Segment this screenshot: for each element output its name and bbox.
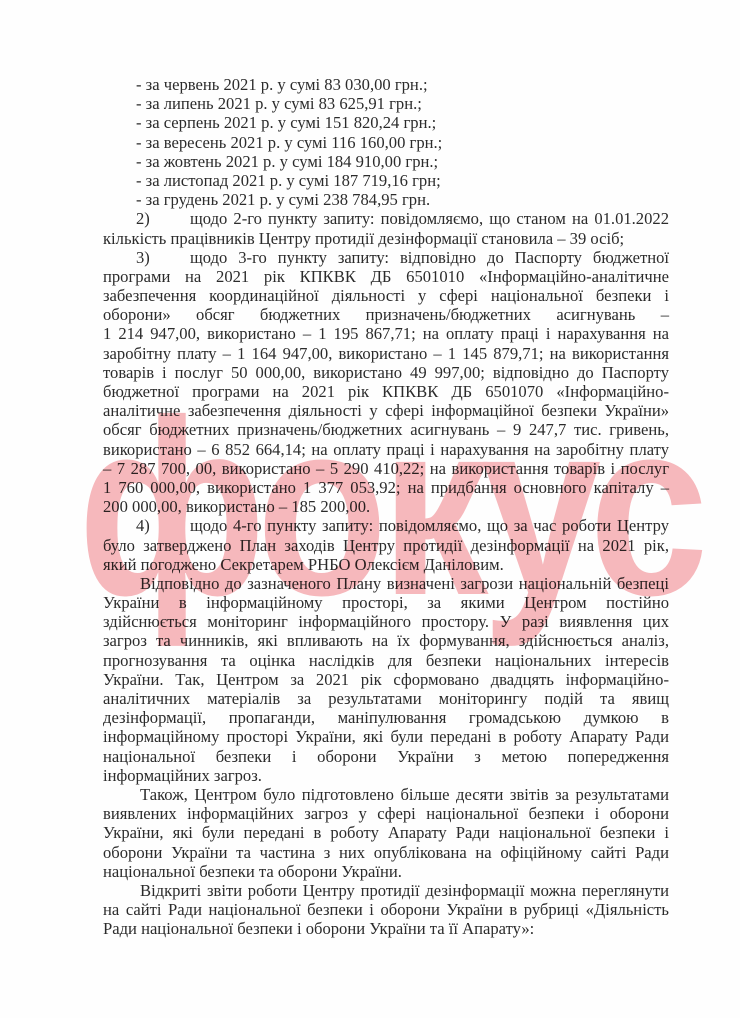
- paragraph-open-reports: Відкриті звіти роботи Центру протидії де…: [103, 881, 669, 939]
- paragraph-line: оборони України та частина з них опублік…: [103, 843, 669, 862]
- paragraph-line: України в інформаційному просторі, за як…: [103, 593, 669, 612]
- item-3: 3)щодо 3-го пункту запиту: відповідно до…: [103, 248, 669, 517]
- item-3-line: 1 214 947,00, використано – 1 195 867,71…: [103, 324, 669, 343]
- paragraph-line: Відкриті звіти роботи Центру протидії де…: [103, 881, 669, 900]
- item-4-first-line: 4)щодо 4-го пункту запиту: повідомляємо,…: [103, 516, 669, 535]
- item-3-number: 3): [136, 248, 190, 267]
- item-3-line: – 7 287 700, 00, використано – 5 290 410…: [103, 459, 669, 478]
- paragraph-line: інформаційному просторі України, які бул…: [103, 727, 669, 746]
- item-3-line: заробітну плату – 1 164 947,00, використ…: [103, 344, 669, 363]
- item-3-line: 1 760 000,00, використано 1 377 053,92; …: [103, 478, 669, 497]
- item-2-line: кількість працівників Центру протидії де…: [103, 229, 669, 248]
- item-3-line: забезпечення координаційної діяльності у…: [103, 286, 669, 305]
- item-2-first-line: 2)щодо 2-го пункту запиту: повідомляємо,…: [103, 209, 669, 228]
- item-2: 2)щодо 2-го пункту запиту: повідомляємо,…: [103, 209, 669, 247]
- item-2-number: 2): [136, 209, 190, 228]
- paragraph-plan: Відповідно до зазначеного Плану визначен…: [103, 574, 669, 785]
- document-body: - за червень 2021 р. у сумі 83 030,00 гр…: [103, 75, 669, 938]
- paragraph-line: інформаційних загроз.: [103, 766, 669, 785]
- item-3-line: використано – 6 852 664,14; на оплату пр…: [103, 440, 669, 459]
- paragraph-reports: Також, Центром було підготовлено більше …: [103, 785, 669, 881]
- paragraph-line: Також, Центром було підготовлено більше …: [103, 785, 669, 804]
- payments-list: - за червень 2021 р. у сумі 83 030,00 гр…: [103, 75, 669, 209]
- payment-item: - за серпень 2021 р. у сумі 151 820,24 г…: [103, 113, 669, 132]
- item-3-text: щодо 3-го пункту запиту: відповідно до П…: [190, 248, 669, 267]
- payment-item: - за червень 2021 р. у сумі 83 030,00 гр…: [103, 75, 669, 94]
- paragraph-line: України. Так, Центром за 2021 рік сформо…: [103, 670, 669, 689]
- payment-item: - за вересень 2021 р. у сумі 116 160,00 …: [103, 133, 669, 152]
- paragraph-line: аналітичних матеріалів за результатами м…: [103, 689, 669, 708]
- item-3-line: бюджетної програми на 2021 рік КПКВК ДБ …: [103, 382, 669, 401]
- item-4: 4)щодо 4-го пункту запиту: повідомляємо,…: [103, 516, 669, 574]
- item-4-line: було затверджено План заходів Центру про…: [103, 536, 669, 555]
- item-3-line: програми на 2021 рік КПКВК ДБ 6501010 «І…: [103, 267, 669, 286]
- item-3-line: обсяг бюджетних призначень/бюджетних аси…: [103, 420, 669, 439]
- item-3-first-line: 3)щодо 3-го пункту запиту: відповідно до…: [103, 248, 669, 267]
- item-3-line: 200 000,00, використано – 185 200,00.: [103, 497, 669, 516]
- paragraph-line: виявлених інформаційних загроз у сфері н…: [103, 804, 669, 823]
- item-3-line: товарів і послуг 50 000,00, використано …: [103, 363, 669, 382]
- item-4-number: 4): [136, 516, 190, 535]
- document-page: - за червень 2021 р. у сумі 83 030,00 гр…: [0, 0, 740, 1018]
- item-4-line: який погоджено Секретарем РНБО Олексієм …: [103, 555, 669, 574]
- payment-item: - за грудень 2021 р. у сумі 238 784,95 г…: [103, 190, 669, 209]
- item-3-line: аналітичне забезпечення діяльності у сфе…: [103, 401, 669, 420]
- paragraph-line: на сайті Ради національної безпеки і обо…: [103, 900, 669, 919]
- paragraph-line: дезінформації, пропаганди, маніпулювання…: [103, 708, 669, 727]
- payment-item: - за жовтень 2021 р. у сумі 184 910,00 г…: [103, 152, 669, 171]
- paragraph-line: здійснюється моніторинг інформаційного п…: [103, 612, 669, 631]
- item-2-text: щодо 2-го пункту запиту: повідомляємо, щ…: [190, 209, 669, 228]
- item-4-text: щодо 4-го пункту запиту: повідомляємо, щ…: [190, 516, 669, 535]
- paragraph-line: прогнозування та оцінка наслідків для бе…: [103, 651, 669, 670]
- paragraph-line: загроз та чинників, які впливають на їх …: [103, 631, 669, 650]
- paragraph-line: Відповідно до зазначеного Плану визначен…: [103, 574, 669, 593]
- payment-item: - за липень 2021 р. у сумі 83 625,91 грн…: [103, 94, 669, 113]
- payment-item: - за листопад 2021 р. у сумі 187 719,16 …: [103, 171, 669, 190]
- paragraph-line: національної безпеки та оборони України.: [103, 862, 669, 881]
- paragraph-line: України, які були передані в роботу Апар…: [103, 823, 669, 842]
- paragraph-line: Ради національної безпеки і оборони Укра…: [103, 919, 669, 938]
- item-3-line: оборони» обсяг бюджетних призначень/бюдж…: [103, 305, 669, 324]
- paragraph-line: національної безпеки і оборони України з…: [103, 747, 669, 766]
